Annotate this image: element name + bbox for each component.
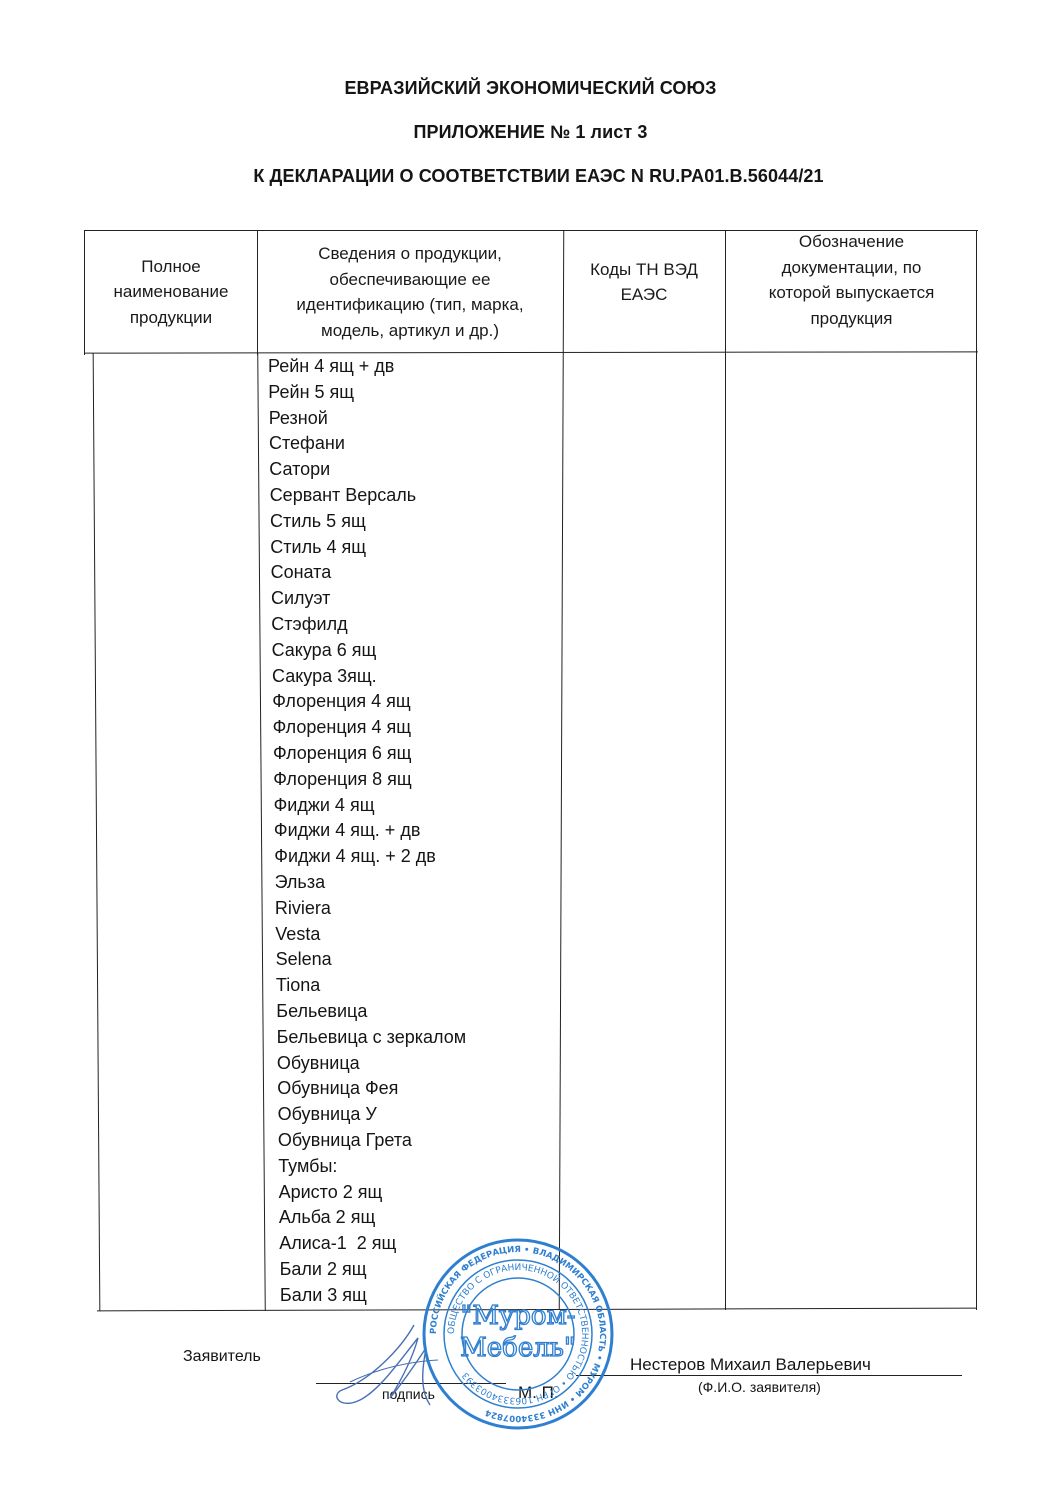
company-stamp: РОССИЙСКАЯ ФЕДЕРАЦИЯ • ВЛАДИМИРСКАЯ ОБЛА…	[418, 1234, 618, 1434]
header-identification: Сведения о продукции, обеспечивающие ее …	[259, 232, 561, 352]
product-item: Рейн 5 ящ	[268, 380, 466, 406]
product-item: Обувница Грета	[278, 1128, 466, 1154]
col-border-0b	[93, 353, 101, 1311]
product-item: Стиль 5 ящ	[270, 509, 466, 535]
col-border-3	[725, 230, 726, 1310]
name-caption: (Ф.И.О. заявителя)	[698, 1379, 821, 1395]
product-item: Сакура 3ящ.	[272, 664, 466, 690]
header-line: Полное	[114, 254, 229, 280]
header-line: обеспечивающие ее	[296, 267, 523, 293]
header-line: продукции	[114, 305, 229, 331]
product-item: Рейн 4 ящ + дв	[268, 354, 466, 380]
product-item: Флоренция 6 ящ	[273, 741, 466, 767]
appendix-title: ПРИЛОЖЕНИЕ № 1 лист 3	[0, 122, 1061, 143]
declaration-title: К ДЕКЛАРАЦИИ О СООТВЕТСТВИИ ЕАЭС N RU.PA…	[8, 166, 1061, 187]
header-line: наименование	[114, 279, 229, 305]
product-item: Tiona	[276, 973, 466, 999]
product-item: Сатори	[269, 457, 466, 483]
product-item: Эльза	[275, 870, 467, 896]
stamp-name-line1: "Муром-	[460, 1301, 575, 1331]
product-list: Рейн 4 ящ + двРейн 5 ящРезнойСтефаниСато…	[268, 354, 466, 1308]
product-item: Тумбы:	[278, 1154, 466, 1180]
col-border-4	[976, 230, 977, 1310]
product-item: Обувница У	[278, 1102, 467, 1128]
header-full-name: Полное наименование продукции	[86, 232, 256, 352]
product-item: Аристо 2 ящ	[279, 1180, 467, 1206]
product-item: Стиль 4 ящ	[270, 535, 466, 561]
applicant-name: Нестеров Михаил Валерьевич	[630, 1355, 871, 1375]
stamp-name-line2: Мебель"	[460, 1333, 576, 1363]
header-line: ЕАЭС	[590, 282, 698, 308]
header-line: документации, по	[769, 255, 935, 281]
applicant-label: Заявитель	[183, 1348, 261, 1366]
header-line: идентификацию (тип, марка,	[296, 292, 523, 318]
header-codes: Коды ТН ВЭД ЕАЭС	[563, 232, 725, 332]
product-item: Бельевица с зеркалом	[277, 1025, 467, 1051]
product-item: Стэфилд	[271, 612, 466, 638]
union-title: ЕВРАЗИЙСКИЙ ЭКОНОМИЧЕСКИЙ СОЮЗ	[0, 78, 1061, 99]
name-line	[576, 1375, 962, 1376]
header-line: Обозначение	[769, 229, 935, 255]
product-item: Сакура 6 ящ	[272, 638, 467, 664]
product-item: Силуэт	[271, 586, 466, 612]
header-line: модель, артикул и др.)	[296, 318, 523, 344]
product-item: Флоренция 8 ящ	[273, 767, 466, 793]
product-item: Vesta	[275, 922, 466, 948]
product-item: Сервант Версаль	[270, 483, 466, 509]
product-item: Бельевица	[276, 999, 466, 1025]
product-item: Обувница Фея	[277, 1076, 466, 1102]
product-item: Альба 2 ящ	[279, 1205, 466, 1231]
header-line: которой выпускается	[769, 280, 935, 306]
product-item: Riviera	[275, 896, 466, 922]
product-item: Соната	[271, 560, 467, 586]
product-item: Фиджи 4 ящ	[274, 793, 467, 819]
product-item: Фиджи 4 ящ. + дв	[274, 818, 466, 844]
product-item: Обувница	[277, 1051, 466, 1077]
product-item: Флоренция 4 ящ	[272, 689, 466, 715]
header-documentation: Обозначение документации, по которой вып…	[727, 228, 976, 332]
col-border-1b	[257, 353, 266, 1311]
product-item: Фиджи 4 ящ. + 2 дв	[274, 844, 466, 870]
header-line: Коды ТН ВЭД	[590, 257, 698, 283]
product-item: Стефани	[269, 431, 466, 457]
header-line: продукция	[769, 306, 935, 332]
col-border-2	[559, 230, 565, 1310]
product-item: Selena	[276, 947, 467, 973]
header-line: Сведения о продукции,	[296, 241, 523, 267]
product-item: Резной	[269, 406, 466, 432]
product-item: Флоренция 4 ящ	[273, 715, 467, 741]
